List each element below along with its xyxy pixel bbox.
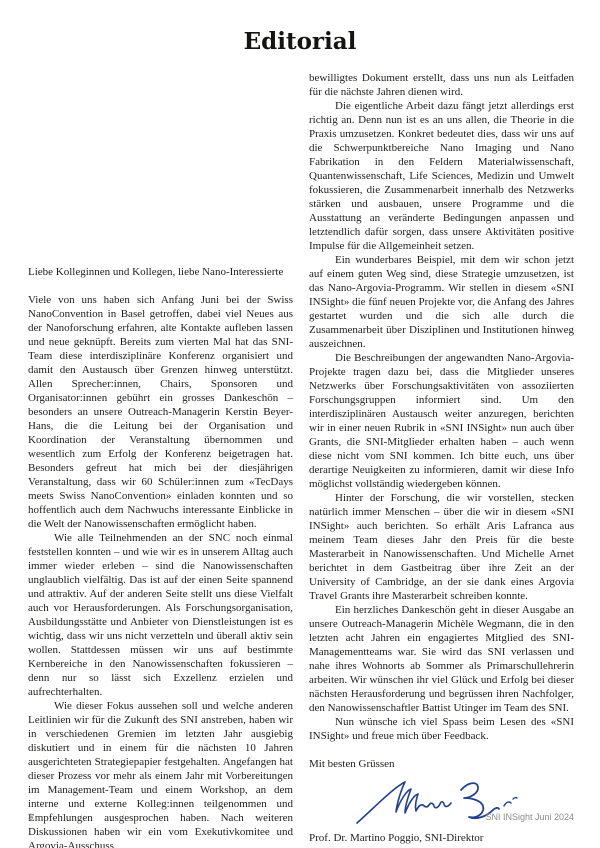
paragraph: Ein herzliches Dankeschön geht in dieser… xyxy=(309,603,574,715)
issue-label: SNI INSight Juni 2024 xyxy=(485,812,574,822)
paragraph: bewilligtes Dokument erstellt, dass uns … xyxy=(309,71,574,99)
paragraph: Hinter der Forschung, die wir vorstellen… xyxy=(309,491,574,603)
left-column: Liebe Kolleginnen und Kollegen, liebe Na… xyxy=(28,71,293,848)
right-column: bewilligtes Dokument erstellt, dass uns … xyxy=(309,71,574,848)
paragraph: Die eigentliche Arbeit dazu fängt jetzt … xyxy=(309,99,574,253)
right-column-paragraphs: bewilligtes Dokument erstellt, dass uns … xyxy=(309,71,574,743)
paragraph: Die Beschreibungen der angewandten Nano-… xyxy=(309,351,574,491)
paragraph: Wie alle Teilnehmenden an der SNC noch e… xyxy=(28,531,293,699)
paragraph: Wie dieser Fokus aussehen soll und welch… xyxy=(28,699,293,848)
page-number: 3 xyxy=(28,812,33,822)
signoff-line: Prof. Dr. Martino Poggio, SNI-Direktor xyxy=(309,831,574,845)
salutation: Liebe Kolleginnen und Kollegen, liebe Na… xyxy=(28,265,293,279)
editorial-page: Editorial Liebe Kolleginnen und Kollegen… xyxy=(0,0,600,848)
paragraph: Viele von uns haben sich Anfang Juni bei… xyxy=(28,293,293,531)
page-title: Editorial xyxy=(0,0,600,53)
left-column-paragraphs: Viele von uns haben sich Anfang Juni bei… xyxy=(28,293,293,848)
paragraph: Ein wunderbares Beispiel, mit dem wir sc… xyxy=(309,253,574,351)
page-footer: 3 SNI INSight Juni 2024 xyxy=(28,812,574,822)
closing-line: Mit besten Grüssen xyxy=(309,757,574,771)
two-column-layout: Liebe Kolleginnen und Kollegen, liebe Na… xyxy=(0,53,600,848)
paragraph: Nun wünsche ich viel Spass beim Lesen de… xyxy=(309,715,574,743)
